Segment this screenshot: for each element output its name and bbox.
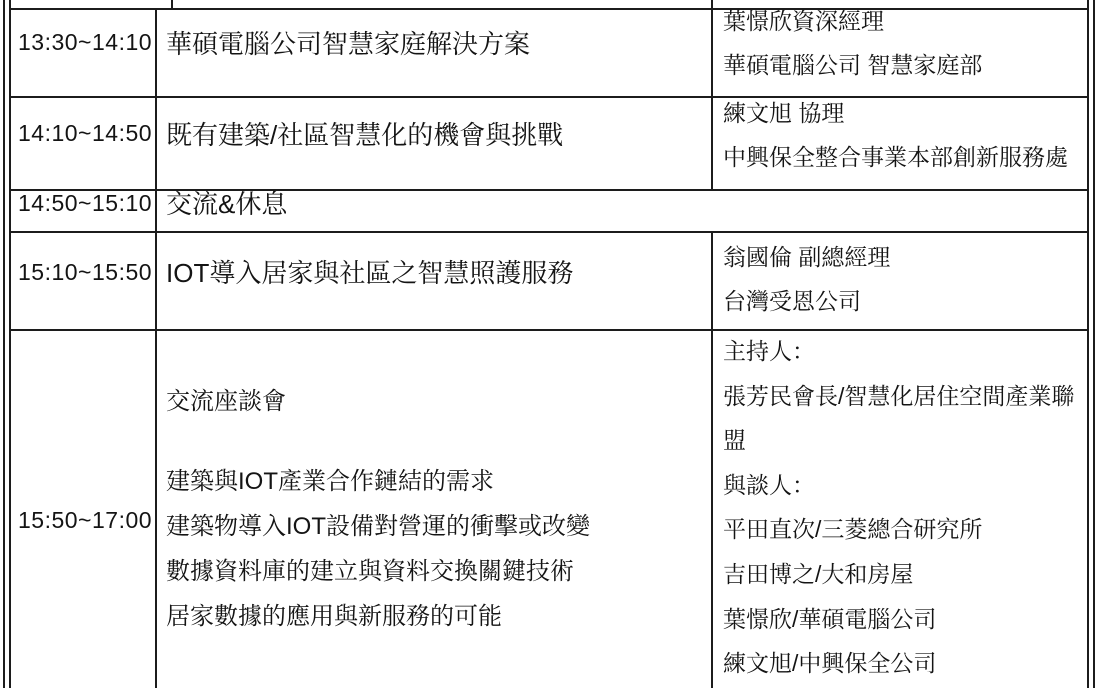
topic-title-row5: 交流座談會	[166, 387, 286, 417]
table-border-speaker-column-lower	[711, 231, 713, 688]
speaker-cell-row2: 練文旭 協理 中興保全整合事業本部創新服務處	[723, 92, 1087, 179]
speaker-cell-row1: 葉憬欣資深經理 華碩電腦公司 智慧家庭部	[723, 0, 1087, 87]
table-outer-border-right	[1093, 0, 1095, 688]
topic-cell-row4: IOT導入居家與社區之智慧照護服務	[166, 257, 573, 289]
time-cell-row1: 13:30~14:10	[18, 28, 152, 56]
time-cell-row4: 15:10~15:50	[18, 258, 152, 286]
topic-cell-row1: 華碩電腦公司智慧家庭解決方案	[166, 28, 530, 60]
table-inner-border-right	[1087, 0, 1089, 688]
topic-items-row5: 建築與IOT產業合作鏈結的需求 建築物導入IOT設備對營運的衝擊或改變 數據資料…	[166, 459, 711, 639]
document-page: 13:30~14:10 華碩電腦公司智慧家庭解決方案 葉憬欣資深經理 華碩電腦公…	[0, 0, 1100, 688]
table-inner-border-left	[9, 0, 11, 688]
time-cell-row3: 14:50~15:10	[18, 189, 152, 217]
time-cell-row2: 14:10~14:50	[18, 119, 152, 147]
topic-cell-row2: 既有建築/社區智慧化的機會與挑戰	[166, 119, 563, 151]
topic-cell-row3: 交流&休息	[166, 188, 287, 220]
table-border-time-column	[155, 8, 157, 688]
time-cell-row5: 15:50~17:00	[18, 506, 152, 534]
speaker-cell-row4: 翁國倫 副總經理 台灣受恩公司	[723, 236, 1087, 323]
table-border-speaker-column-upper	[711, 8, 713, 189]
table-row-border	[9, 231, 1089, 233]
table-outer-border-left	[3, 0, 5, 688]
speaker-cell-row5: 主持人： 張芳民會長/智慧化居住空間產業聯盟 與談人： 平田直次/三菱總合研究所…	[723, 329, 1087, 686]
